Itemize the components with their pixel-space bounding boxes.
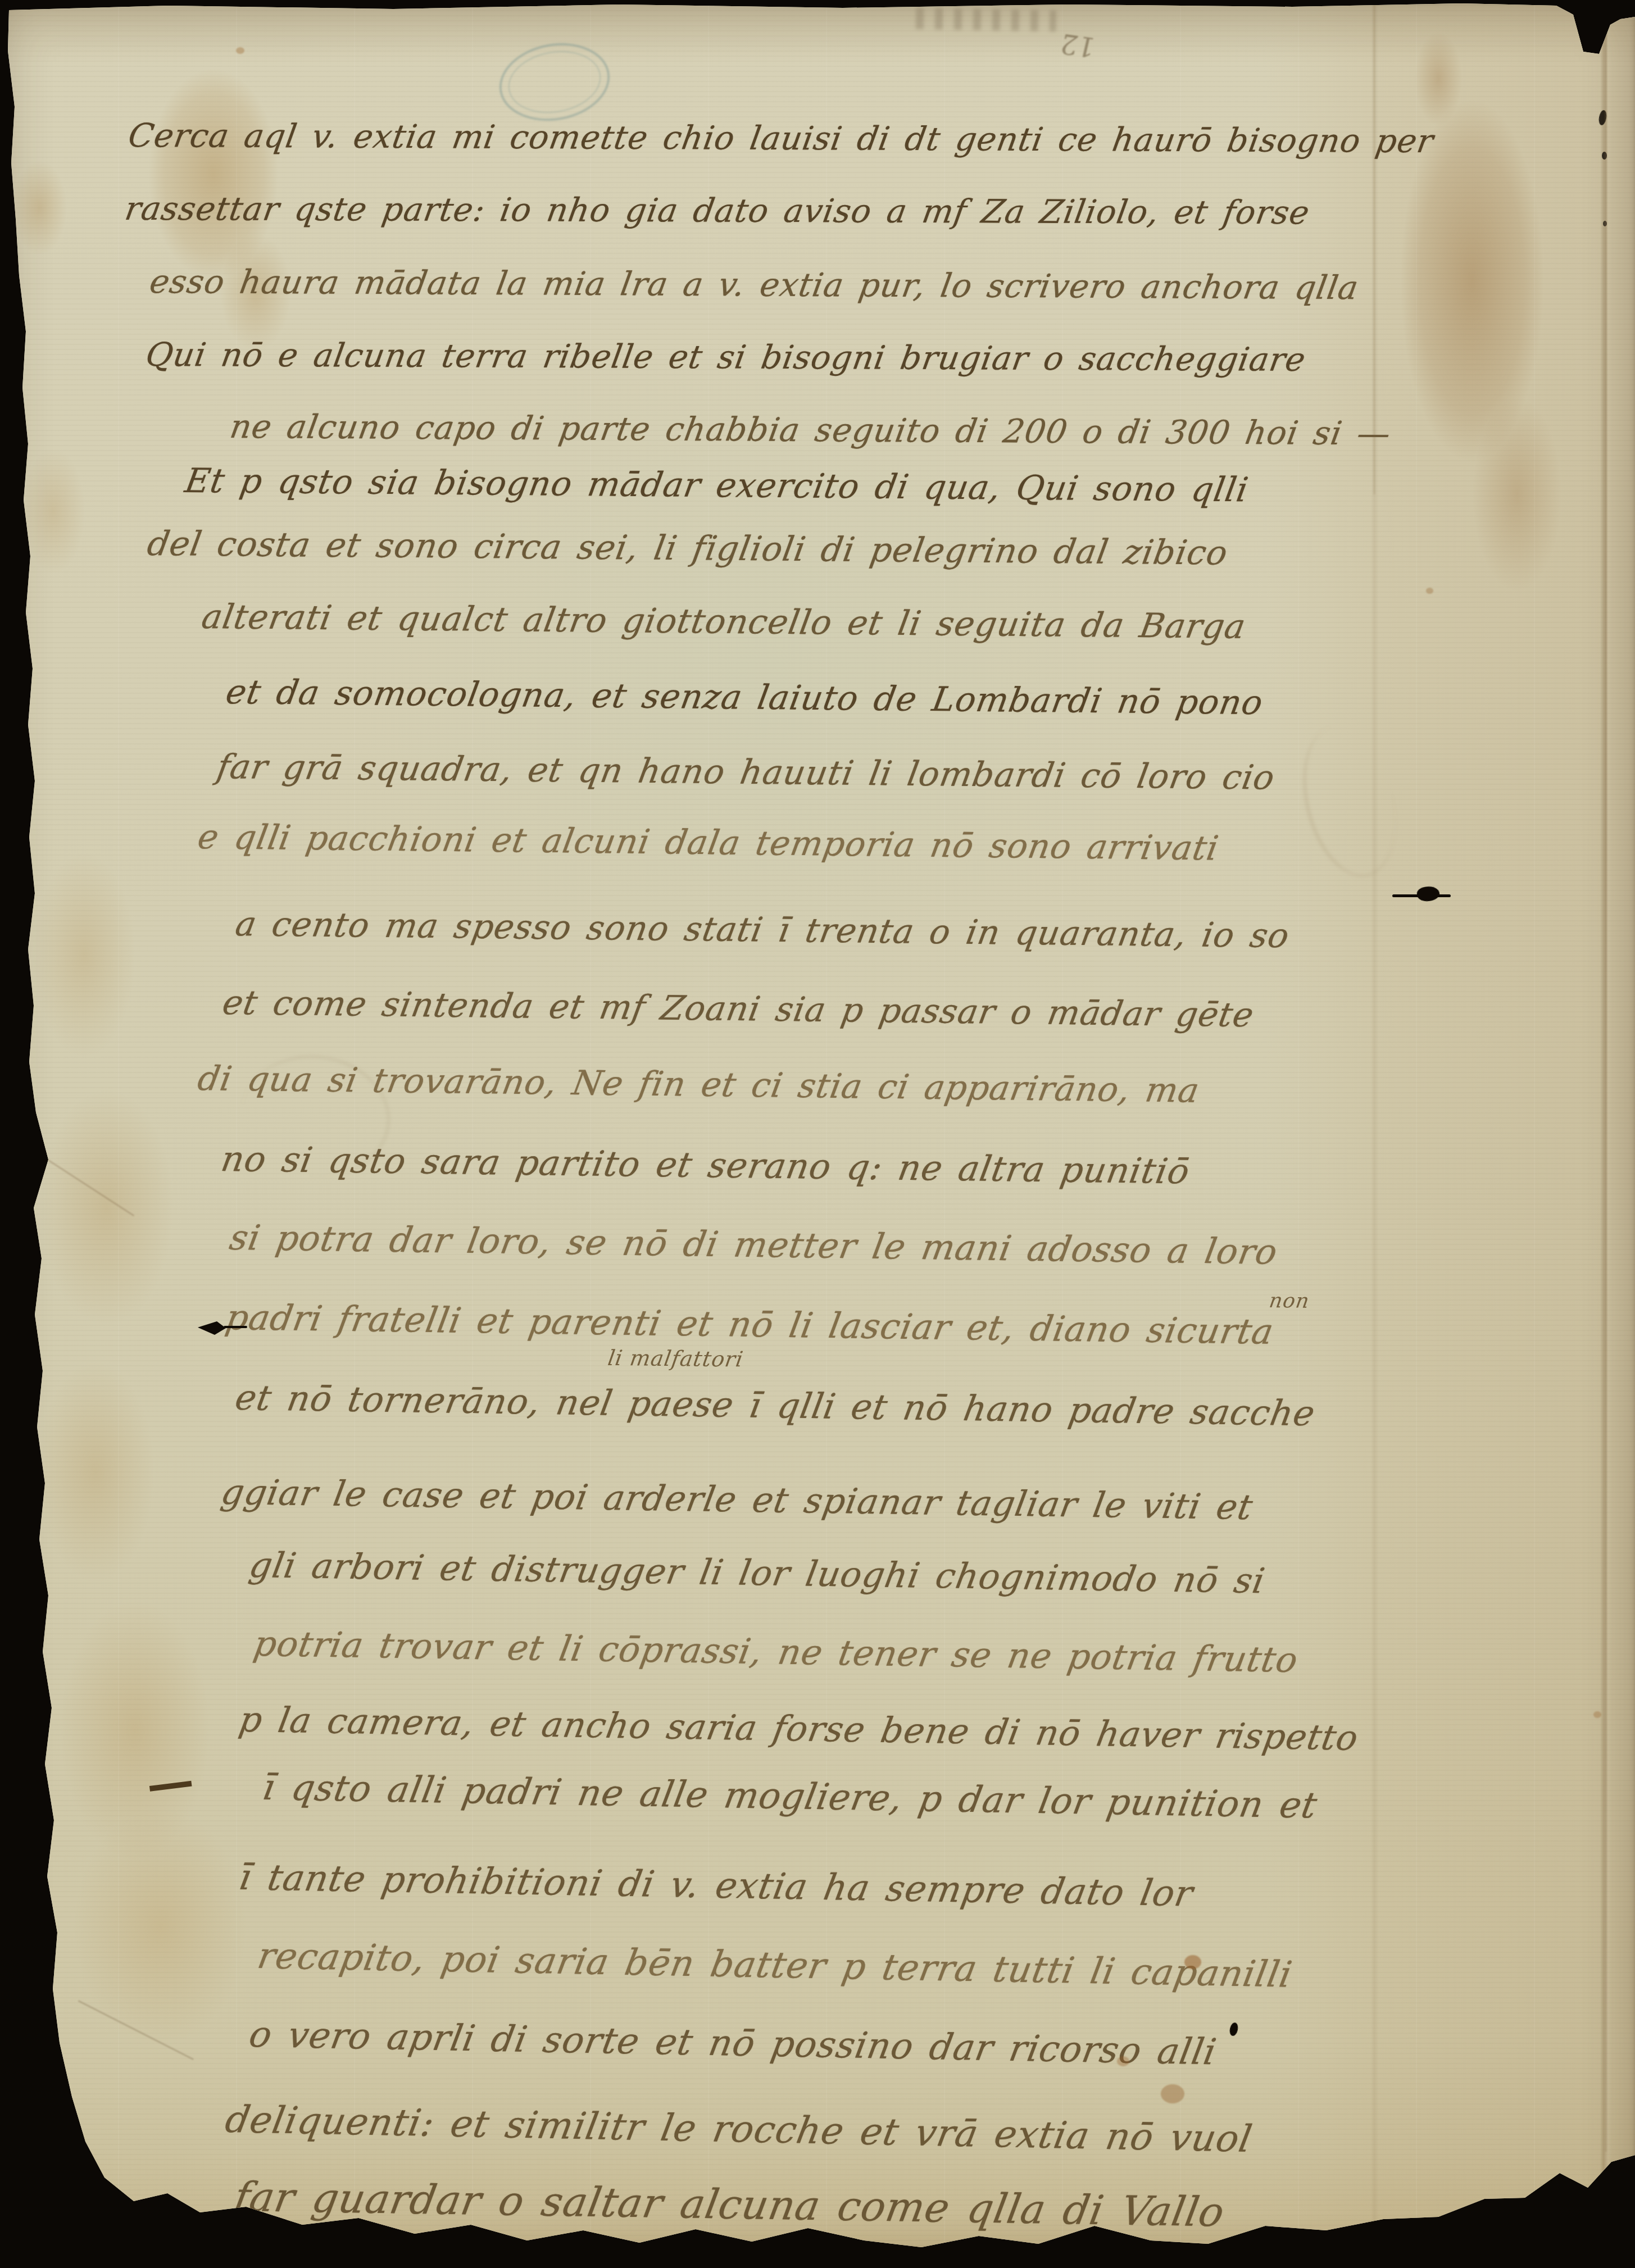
manuscript-line: Et p qsto sia bisogno mādar exercito di …	[183, 464, 1251, 507]
manuscript-line: et nō tornerāno, nel paese ī qlli et nō …	[233, 1380, 1318, 1431]
ink-hole	[224, 1326, 247, 1328]
manuscript-line: deliquenti: et similitr le rocche et vrā…	[222, 2101, 1255, 2158]
manuscript-line: rassettar qste parte: io nho gia dato av…	[123, 192, 1312, 229]
ink-hole	[202, 2221, 229, 2239]
manuscript-line: esso haura mādata la mia lra a v. extia …	[148, 265, 1361, 304]
margin-dash-mark: —	[143, 1752, 197, 1812]
manuscript-line: del costa et sono circa sei, li figlioli…	[145, 527, 1230, 570]
foxing-spot	[1593, 1711, 1601, 1718]
manuscript-line: recapito, poi saria bēn batter p terra t…	[255, 1938, 1295, 1993]
manuscript-line: padri fratelli et parenti et nō li lasci…	[223, 1300, 1276, 1349]
manuscript-line: Cerca aql v. extia mi comette chio lauis…	[126, 119, 1436, 157]
fold-crease	[1605, 22, 1607, 2152]
foxing-spot	[1426, 588, 1433, 594]
manuscript-line: et da somocologna, et senza laiuto de Lo…	[224, 675, 1266, 720]
ink-hole	[1520, 2206, 1546, 2222]
manuscript-line: a cento ma spesso sono stati ī trenta o …	[233, 907, 1292, 953]
foxing-spot	[1184, 1955, 1201, 1969]
ink-hole	[1460, 2214, 1528, 2217]
manuscript-line: alterati et qualct altro giottoncello et…	[199, 600, 1248, 644]
manuscript-line: potria trovar et li cōprassi, ne tener s…	[251, 1626, 1301, 1678]
manuscript-line: ne alcuno capo di parte chabbia seguito …	[228, 410, 1393, 450]
manuscript-page: 12 Cerca aql v. extia mi comette chio la…	[0, 0, 1635, 2268]
manuscript-line: di qua si trovarāno, Ne fin et ci stia c…	[196, 1062, 1202, 1108]
handwritten-text-block: Cerca aql v. extia mi comette chio lauis…	[0, 0, 1635, 2268]
interline-note: li malfattori	[606, 1347, 744, 1370]
manuscript-line: no si qsto sara partito et serano q: ne …	[219, 1142, 1192, 1189]
foxing-spot	[1117, 2056, 1129, 2066]
manuscript-line: si potra dar loro, se nō di metter le ma…	[227, 1220, 1280, 1270]
foxing-spot	[236, 47, 244, 54]
manuscript-line: et come sintenda et mf Zoani sia p passa…	[220, 986, 1256, 1032]
manuscript-line: o vero aprli di sorte et nō possino dar …	[247, 2017, 1219, 2070]
manuscript-line: Qui nō e alcuna terra ribelle et si biso…	[144, 338, 1309, 376]
manuscript-line: e qlli pacchioni et alcuni dala temporia…	[196, 820, 1221, 865]
interline-note: non	[1268, 1291, 1311, 1312]
manuscript-line: ī tante prohibitioni di v. extia ha semp…	[237, 1860, 1196, 1912]
manuscript-line: far guardar o saltar alcuna come qlla di…	[231, 2176, 1228, 2232]
manuscript-line: p la camera, et ancho saria forse bene d…	[237, 1702, 1361, 1756]
manuscript-line: gli arbori et distrugger li lor luoghi c…	[247, 1548, 1268, 1598]
photograph-background: { "document": { "kind": "handwritten man…	[0, 0, 1635, 2268]
manuscript-line: ggiar le case et poi arderle et spianar …	[219, 1475, 1255, 1525]
ink-hole	[203, 2218, 260, 2222]
foxing-spot	[1161, 2084, 1184, 2103]
manuscript-line: ī qsto alli padri ne alle mogliere, p da…	[260, 1770, 1320, 1824]
fold-crease	[1373, 0, 1375, 494]
manuscript-line: far grā squadra, et qn hano hauuti li lo…	[215, 750, 1278, 795]
